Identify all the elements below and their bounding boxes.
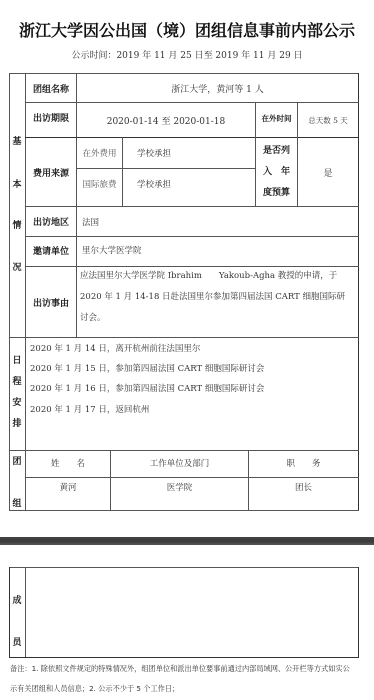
purpose-line: 应法国里尔大学医学院 Ibrahim Yakoub-Agha 教授的申请，于 [80,266,358,287]
purpose-line: 讨会。 [80,308,358,329]
row-divider [9,337,359,338]
days-abroad-label: 在外时间 [256,103,297,133]
schedule-item: 2020 年 1 月 16 日，参加第四届法国 CART 细胞国际研讨会 [30,382,264,394]
note-line-1: 备注：1. 除依照文件规定的特殊情况外，组团单位和派出单位要事前通过内部局域网、… [10,664,350,674]
table-border-right [358,73,359,510]
purpose-label: 出访事由 [26,267,76,337]
section-label-members-4: 员 [9,635,25,648]
header-name: 姓 名 [26,451,110,475]
funding-type-2: 国际旅费 [77,169,122,199]
table-border-bottom [9,657,359,658]
schedule-item: 2020 年 1 月 15 日，参加第四届法国 CART 细胞国际研讨会 [30,362,264,374]
member-name: 黄河 [26,478,110,496]
funding-source-2: 学校承担 [132,169,252,199]
notice-period: 公示时间：2019 年 11 月 25 日至 2019 年 11 月 29 日 [0,48,374,61]
section-label-schedule-2: 程 [9,374,25,387]
section-label-basic-2: 本 [9,177,25,190]
section-label-members-2: 组 [9,496,25,509]
schedule-item: 2020 年 1 月 17 日，返回杭州 [30,403,149,415]
section-label-schedule-3: 安 [9,395,25,408]
funding-source-1: 学校承担 [132,138,252,168]
group-name-value: 浙江大学，黄河等 1 人 [77,74,358,102]
funding-label: 费用来源 [26,138,76,206]
header-position: 职 务 [249,451,358,475]
inviting-unit-label: 邀请单位 [26,237,76,263]
purpose-line: 2020 年 1 月 14-18 日赴法国里尔参加第四届法国 CART 细胞国际… [80,287,358,308]
member-position: 团长 [249,478,358,496]
schedule-item: 2020 年 1 月 14 日，离开杭州前往法国里尔 [30,342,200,354]
budget-label: 是否列 入 年 度预算 [256,138,297,206]
section-col-divider [25,567,26,657]
section-label-members-3: 成 [9,593,25,606]
visit-period-label: 出访期限 [26,103,76,131]
section-label-schedule-4: 排 [9,416,25,429]
section-label-members-1: 团 [9,454,25,467]
visit-period-value: 2020-01-14 至 2020-01-18 [77,103,255,137]
section-label-basic-3: 情 [9,218,25,231]
destination-value: 法国 [77,207,358,236]
section-label-basic-4: 况 [9,260,25,273]
section-label-schedule-1: 日 [9,353,25,366]
destination-label: 出访地区 [26,207,76,236]
budget-label-line: 是否列 [263,141,290,162]
purpose-text: 应法国里尔大学医学院 Ibrahim Yakoub-Agha 教授的申请，于 2… [80,266,358,329]
member-unit: 医学院 [111,478,248,496]
section-label-basic-1: 基 [9,134,25,147]
budget-label-line: 度预算 [263,183,290,204]
inviting-unit-value: 里尔大学医学院 [77,237,358,263]
table-border-bottom [9,510,359,511]
page-title: 浙江大学因公出国（境）团组信息事前内部公示 [0,18,374,41]
budget-label-line: 入 年 [263,162,290,183]
note-line-2: 示有关团组和人员信息；2. 公示不少于 5 个工作日； [10,684,179,694]
header-unit: 工作单位及部门 [111,451,248,475]
days-abroad-value: 总天数 5 天 [298,103,358,137]
col-divider [122,137,123,206]
group-name-label: 团组名称 [26,74,76,102]
budget-value: 是 [298,138,358,206]
page-separator [0,537,374,545]
table-border-right [358,567,359,657]
funding-type-1: 在外费用 [77,138,122,168]
table-border-top [9,567,359,568]
